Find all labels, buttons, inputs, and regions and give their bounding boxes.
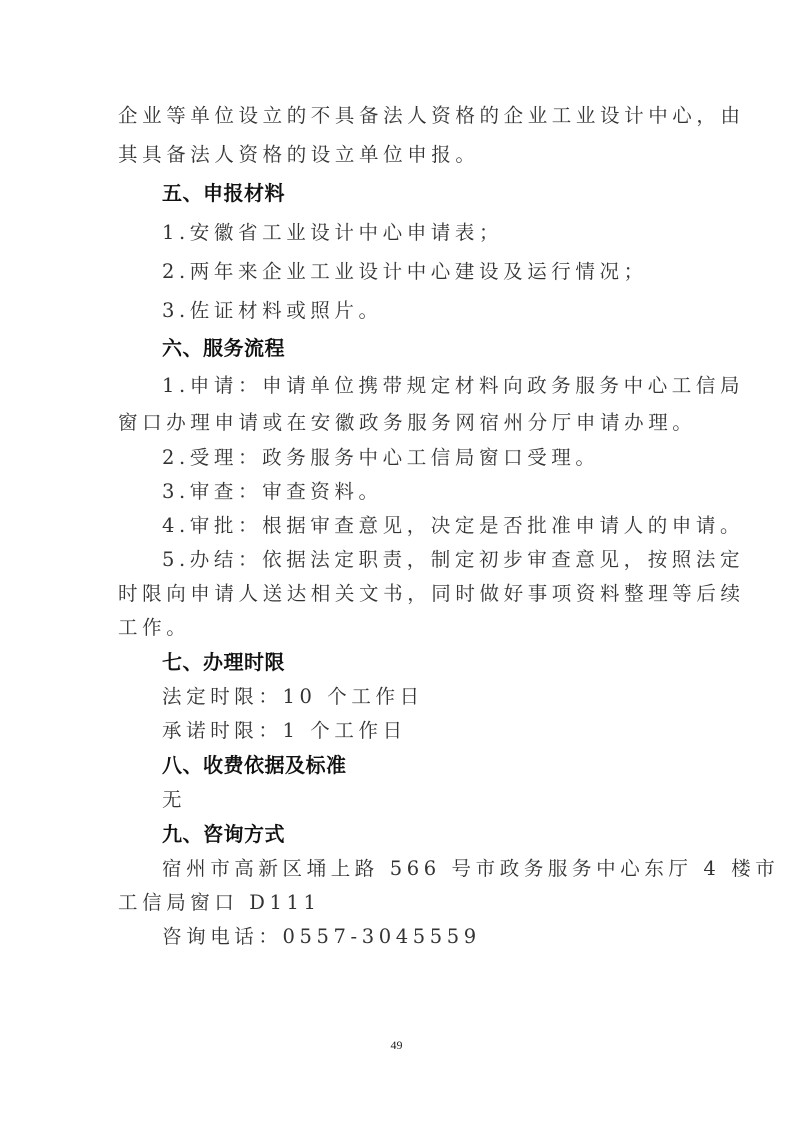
paragraph-line: 3.审查：审查资料。 (162, 480, 383, 504)
section-heading-contact: 九、咨询方式 (162, 822, 285, 846)
paragraph-line: 承诺时限：1 个工作日 (162, 719, 407, 743)
paragraph-line: 其具备法人资格的设立单位申报。 (118, 143, 480, 167)
document-page: 企业等单位设立的不具备法人资格的企业工业设计中心，由 其具备法人资格的设立单位申… (0, 0, 793, 1122)
address-line: 工信局窗口 D111 (118, 891, 321, 915)
paragraph-line: 企业等单位设立的不具备法人资格的企业工业设计中心，由 (118, 104, 745, 128)
paragraph-line: 窗口办理申请或在安徽政务服务网宿州分厅申请办理。 (118, 411, 696, 435)
section-heading-materials: 五、申报材料 (162, 181, 285, 205)
phone-line: 咨询电话：0557-3045559 (162, 925, 481, 949)
paragraph-line: 2.受理：政务服务中心工信局窗口受理。 (162, 446, 600, 470)
list-item: 2.两年来企业工业设计中心建设及运行情况； (162, 260, 648, 284)
address-line: 宿州市高新区埇上路 566 号市政务服务中心东厅 4 楼市 (162, 857, 779, 881)
paragraph-line: 5.办结：依据法定职责，制定初步审查意见，按照法定 (162, 548, 744, 572)
paragraph-line: 1.申请：申请单位携带规定材料向政务服务中心工信局 (162, 374, 744, 398)
paragraph-line: 无 (162, 788, 186, 812)
paragraph-line: 4.审批：根据审查意见，决定是否批准申请人的申请。 (162, 514, 744, 538)
list-item: 1.安徽省工业设计中心申请表； (162, 221, 503, 245)
paragraph-line: 工作。 (118, 616, 190, 640)
page-number: 49 (0, 1038, 793, 1053)
section-heading-process: 六、服务流程 (162, 336, 285, 360)
paragraph-line: 时限向申请人送达相关文书，同时做好事项资料整理等后续 (118, 582, 745, 606)
list-item: 3.佐证材料或照片。 (162, 299, 383, 323)
section-heading-fees: 八、收费依据及标准 (162, 753, 347, 777)
paragraph-line: 法定时限：10 个工作日 (162, 685, 424, 709)
section-heading-time-limit: 七、办理时限 (162, 650, 285, 674)
